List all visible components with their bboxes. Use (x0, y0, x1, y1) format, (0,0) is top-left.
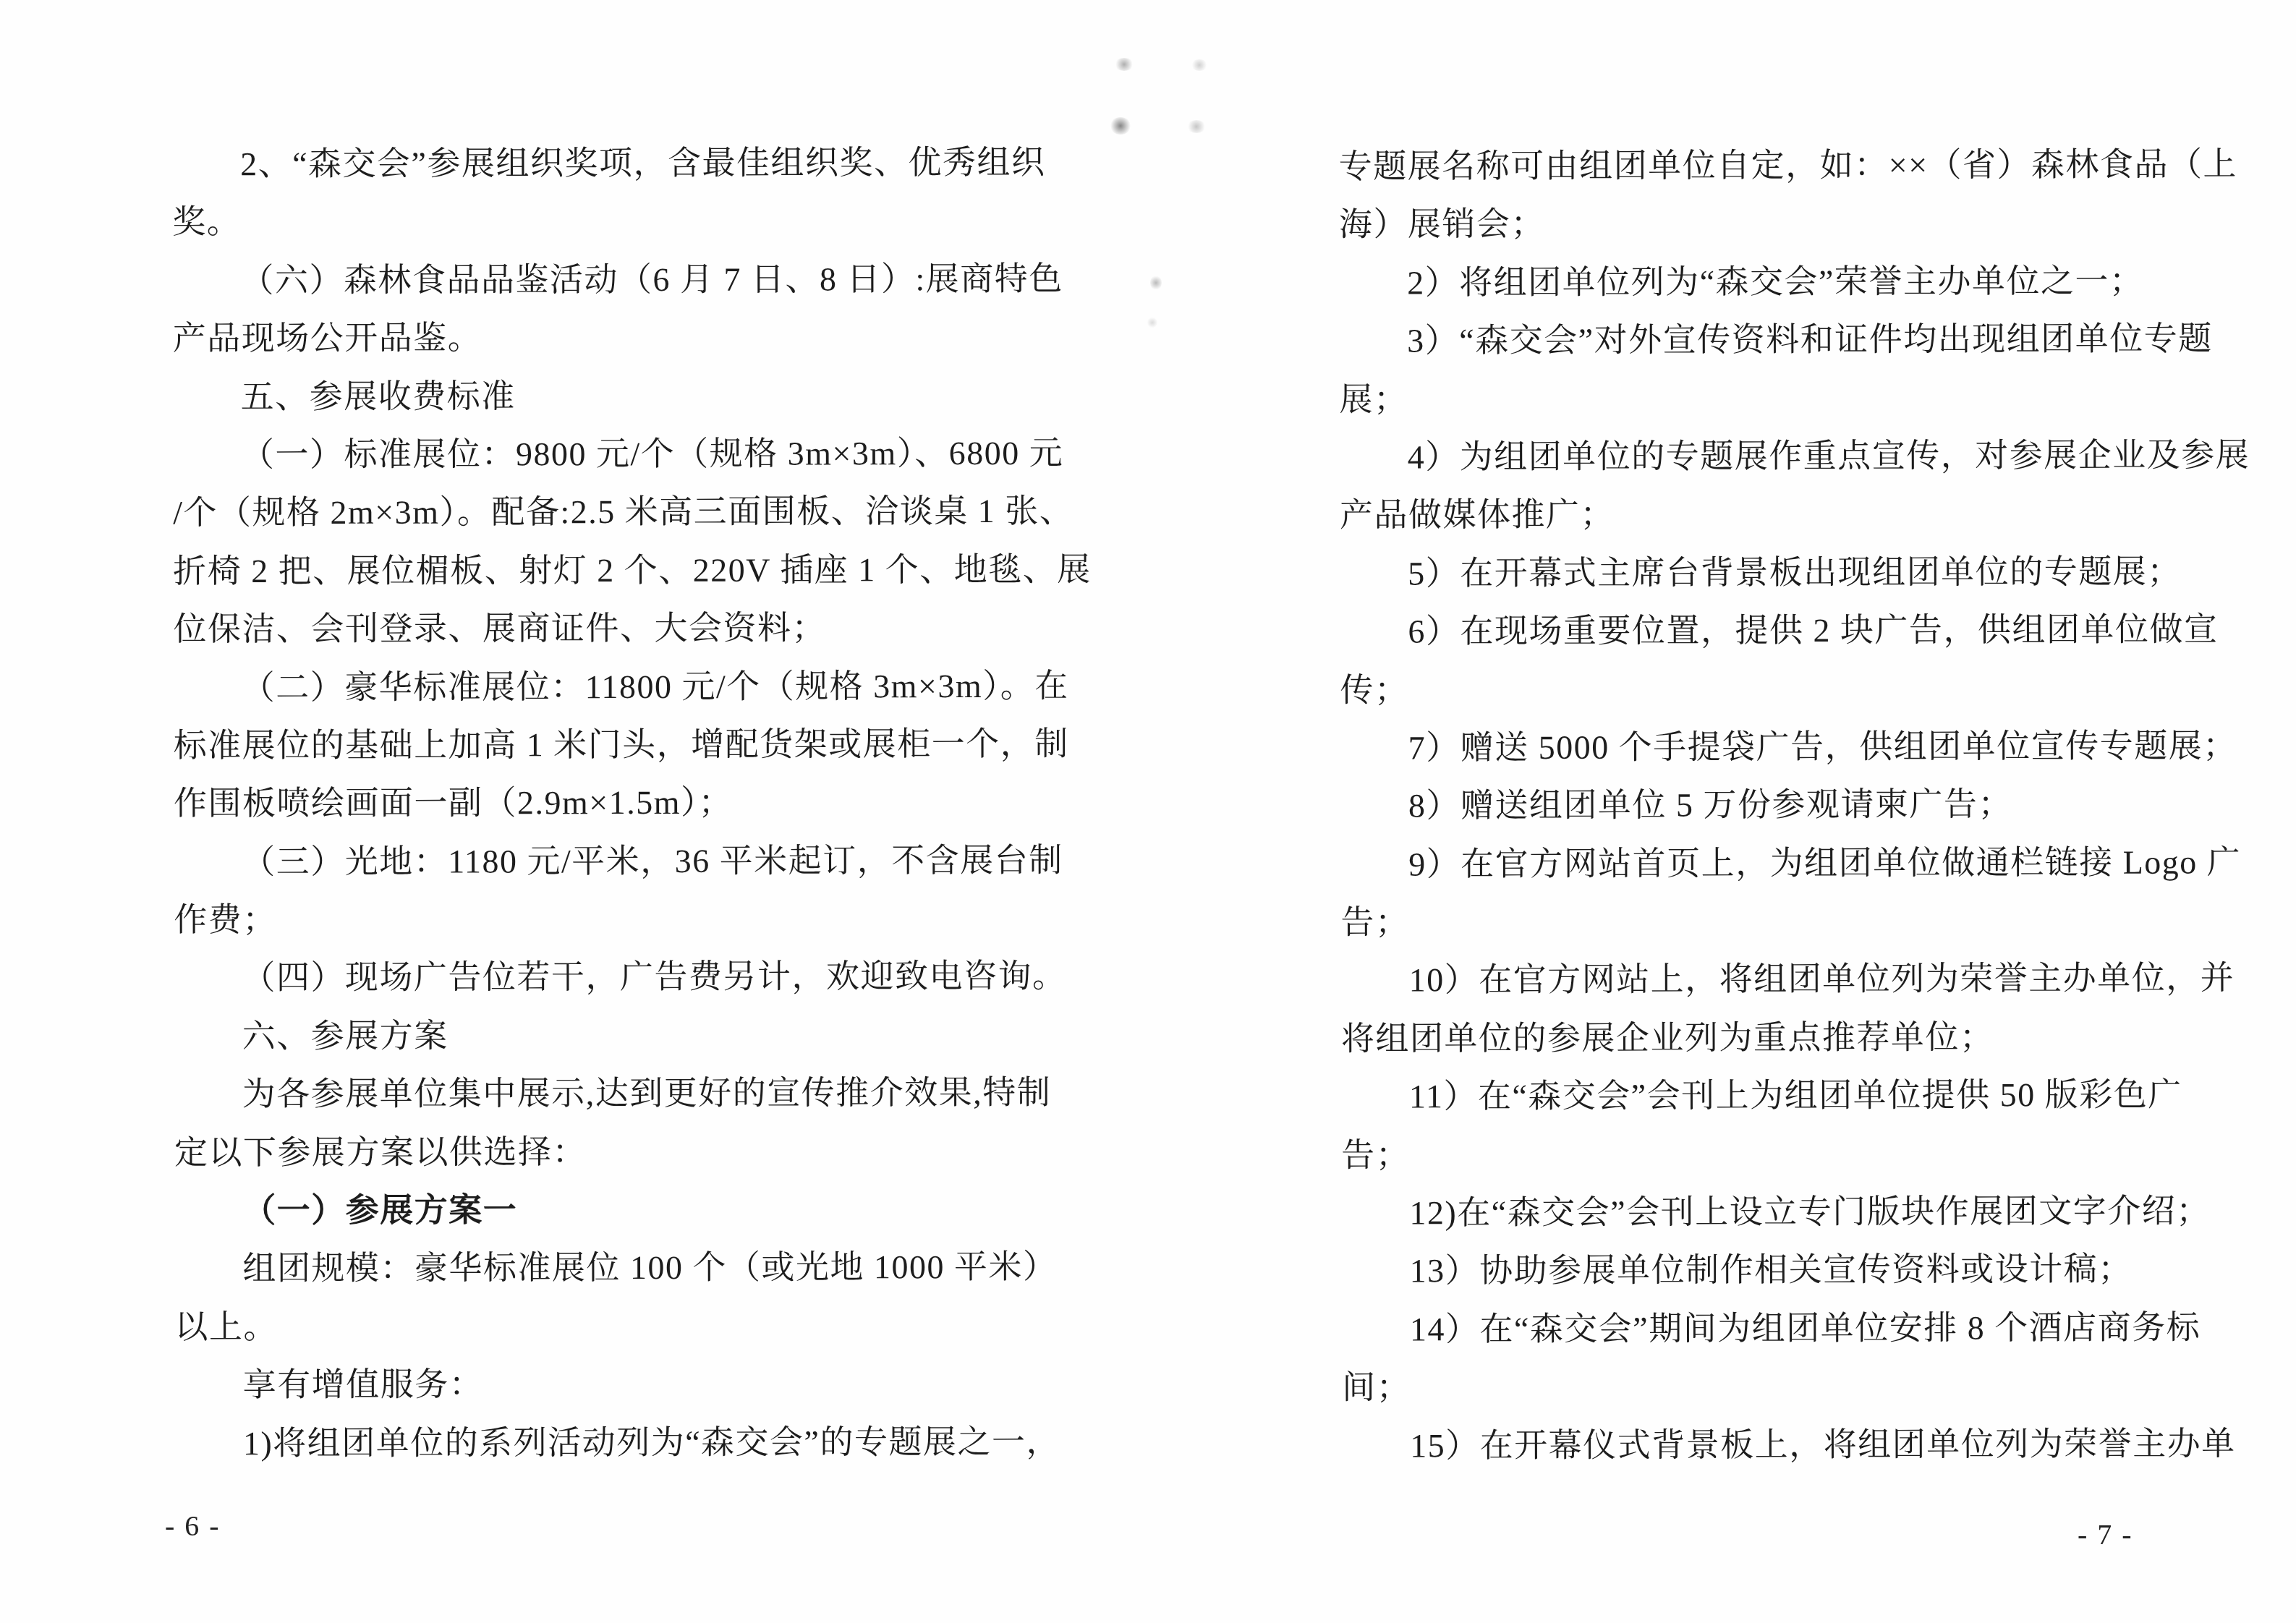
text-line: 13）协助参展单位制作相关宣传资料或设计稿； (1342, 1240, 2253, 1301)
text-line: 传； (1340, 659, 2250, 720)
text-line: 展； (1339, 368, 2250, 429)
text-line: 告； (1341, 1124, 2252, 1185)
text-line: 7）赠送 5000 个手提袋广告，供组团单位宣传专题展； (1340, 717, 2251, 778)
scan-smudge (1186, 120, 1207, 133)
text-line: 告； (1340, 891, 2251, 952)
scan-smudge (1147, 317, 1157, 328)
text-line: 14）在“森交会”期间为组团单位安排 8 个酒店商务标 (1342, 1298, 2253, 1359)
text-line: /个（规格 2m×3m）。配备:2.5 米高三面围板、洽谈桌 1 张、 (173, 482, 1092, 542)
text-line: 作费； (174, 890, 1092, 950)
scan-smudge (1110, 117, 1131, 135)
text-line: 1)将组团单位的系列活动列为“森交会”的专题展之一， (175, 1413, 1094, 1473)
scan-smudge (1191, 59, 1208, 71)
text-line: 6）在现场重要位置，提供 2 块广告，供组团单位做宣 (1340, 600, 2250, 661)
text-line: 产品现场公开品鉴。 (173, 308, 1092, 368)
text-line: 作围板喷绘画面一副（2.9m×1.5m）； (174, 773, 1092, 833)
text-line: 位保洁、会刊登录、展商证件、大会资料； (173, 599, 1092, 659)
text-line: 以上。 (174, 1296, 1093, 1356)
text-line: 15）在开幕仪式背景板上，将组团单位列为荣誉主办单 (1342, 1415, 2253, 1475)
text-line: 为各参展单位集中展示,达到更好的宣传推介效果,特制 (174, 1064, 1093, 1124)
text-line: 组团规模：豪华标准展位 100 个（或光地 1000 平米） (174, 1238, 1093, 1298)
text-line: 3）“森交会”对外宣传资料和证件均出现组团单位专题 (1339, 310, 2250, 371)
text-line: 六、参展方案 (174, 1006, 1093, 1066)
scanned-document: 2、“森交会”参展组织奖项，含最佳组织奖、优秀组织奖。（六）森林食品品鉴活动（6… (0, 0, 2296, 1623)
text-line: 将组团单位的参展企业列为重点推荐单位； (1341, 1008, 2252, 1068)
text-line: 折椅 2 把、展位楣板、射灯 2 个、220V 插座 1 个、地毯、展 (173, 540, 1092, 600)
text-line: 专题展名称可由组团单位自定，如：××（省）森林食品（上 (1339, 135, 2250, 196)
text-line: 8）赠送组团单位 5 万份参观请柬广告； (1340, 775, 2251, 836)
text-line: 11）在“森交会”会刊上为组团单位提供 50 版彩色广 (1341, 1066, 2252, 1127)
text-line: 4）为组团单位的专题展作重点宣传，对参展企业及参展 (1340, 426, 2250, 487)
text-line: （四）现场广告位若干，广告费另计，欢迎致电咨询。 (174, 947, 1092, 1008)
page-number-7: - 7 - (2078, 1517, 2133, 1551)
text-line: 5）在开幕式主席台背景板出现组团单位的专题展； (1340, 542, 2250, 603)
text-line: 享有增值服务： (175, 1355, 1094, 1415)
text-line: 12)在“森交会”会刊上设立专门版块作展团文字介绍； (1341, 1182, 2252, 1243)
text-line: 2）将组团单位列为“森交会”荣誉主办单位之一； (1339, 252, 2250, 312)
page-number-6: - 6 - (165, 1509, 221, 1543)
text-line: 2、“森交会”参展组织奖项，含最佳组织奖、优秀组织 (172, 134, 1091, 194)
page-6-text-column: 2、“森交会”参展组织奖项，含最佳组织奖、优秀组织奖。（六）森林食品品鉴活动（6… (172, 134, 1093, 1473)
text-line: 产品做媒体推广； (1340, 485, 2250, 545)
text-line: （二）豪华标准展位：11800 元/个（规格 3m×3m）。在 (174, 657, 1092, 717)
text-line: （三）光地：1180 元/平米，36 平米起订，不含展台制 (174, 831, 1092, 891)
text-line: 间； (1342, 1357, 2253, 1418)
text-line: 海）展销会； (1339, 194, 2250, 255)
scan-smudge (1114, 58, 1134, 71)
text-line: 定以下参展方案以供选择： (174, 1122, 1093, 1182)
text-line: （一）参展方案一 (174, 1180, 1093, 1240)
page-7-text-column: 专题展名称可由组团单位自定，如：××（省）森林食品（上海）展销会；2）将组团单位… (1339, 135, 2253, 1475)
text-line: （六）森林食品品鉴活动（6 月 7 日、8 日）:展商特色 (172, 250, 1091, 310)
text-line: 9）在官方网站首页上，为组团单位做通栏链接 Logo 广 (1340, 833, 2251, 894)
text-line: 10）在官方网站上，将组团单位列为荣誉主办单位，并 (1341, 950, 2252, 1010)
text-line: 五、参展收费标准 (173, 366, 1092, 426)
scan-smudge (1150, 275, 1162, 291)
text-line: （一）标准展位：9800 元/个（规格 3m×3m）、6800 元 (173, 425, 1092, 485)
text-line: 标准展位的基础上加高 1 米门头，增配货架或展柜一个，制 (174, 715, 1092, 775)
text-line: 奖。 (172, 192, 1091, 252)
